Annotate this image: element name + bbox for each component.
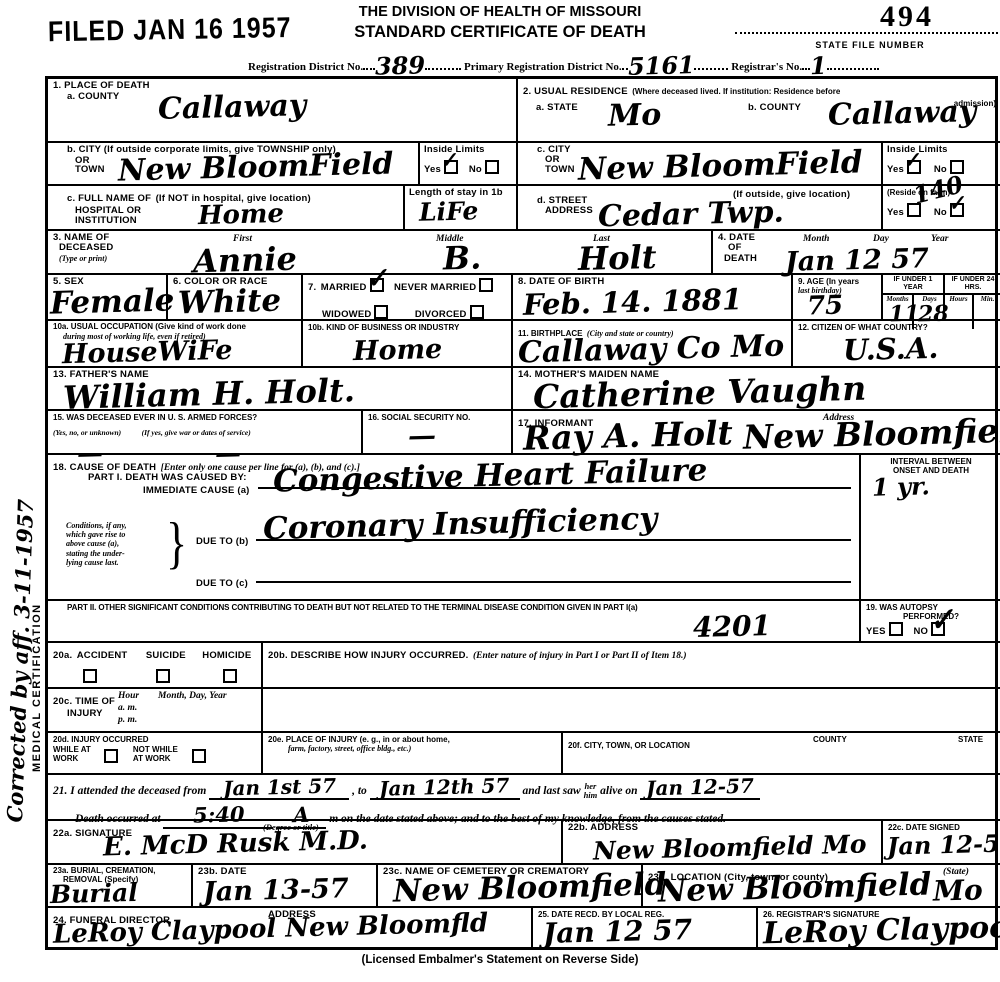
no-label: No	[469, 164, 482, 175]
field-burial-type: 23a. BURIAL, CREMATION, REMOVAL (Specify…	[48, 865, 193, 908]
armed-forces-label: 15. WAS DECEASED EVER IN U. S. ARMED FOR…	[53, 413, 356, 422]
under-24-hrs-label: IF UNDER 24 HRS.	[945, 275, 1000, 295]
inside-limits-box: Inside Limits Yes✓ No	[418, 143, 518, 184]
date-of-death-value: Jan 12 57	[785, 245, 930, 276]
married-label: MARRIED	[321, 282, 367, 293]
injury-state-label: STATE	[958, 735, 983, 744]
armed-forces-paren1: (Yes, no, or unknown)	[53, 428, 121, 437]
field-part2-conditions: PART II. OTHER SIGNIFICANT CONDITIONS CO…	[48, 601, 861, 643]
ssn-label: 16. SOCIAL SECURITY NO.	[368, 413, 506, 422]
field-birthplace: 11. BIRTHPLACE (City and state or countr…	[513, 321, 793, 368]
conditions-line2: which gave rise to	[66, 530, 166, 539]
usual-residence-subtitle: (Where deceased lived. If institution: R…	[632, 87, 840, 96]
due-to-b-label: DUE TO (b)	[196, 537, 249, 548]
year-label: Year	[931, 234, 948, 245]
filed-date-stamp: FILED JAN 16 1957	[48, 12, 292, 50]
first-name-value: Annie	[193, 243, 298, 278]
usual-residence-title: 2. USUAL RESIDENCE	[523, 86, 628, 97]
inside-limits-label: Inside Limits	[424, 145, 514, 156]
business-value: Home	[353, 336, 443, 365]
field-accident-suicide-homicide: 20a. ACCIDENT SUICIDE HOMICIDE	[48, 643, 263, 689]
field-cemetery-name: 23c. NAME OF CEMETERY OR CREMATORY New B…	[378, 865, 643, 908]
physician-address-value: New Bloomfield Mo	[593, 831, 867, 863]
no-checkbox	[485, 160, 499, 174]
embalmer-statement-note: (Licensed Embalmer's Statement on Revers…	[0, 954, 1000, 966]
autopsy-label2: PERFORMED?	[866, 612, 996, 621]
dotted-rule	[363, 68, 375, 70]
while-at-text: WHILE AT	[53, 745, 91, 754]
field-color-or-race: 6. COLOR OR RACE White	[168, 275, 303, 321]
yes-checkbox: ✓	[444, 160, 458, 174]
field-hospital-institution: c. FULL NAME OF (If NOT in hospital, giv…	[48, 186, 518, 231]
cause-a-value: Congestive Heart Failure	[273, 455, 708, 497]
field-sex: 5. SEX Female	[48, 275, 168, 321]
length-of-stay-value: LiFe	[419, 198, 479, 225]
field-informant: 17. INFORMANT Address Ray A. Holt New Bl…	[513, 411, 1000, 455]
dotted-rule	[694, 68, 728, 70]
at-work-text: AT WORK	[133, 754, 171, 763]
field-cause-of-death: 18. CAUSE OF DEATH [Enter only one cause…	[48, 455, 861, 601]
no-label: No	[934, 207, 947, 218]
occupation-value: HouseWiFe	[62, 337, 233, 368]
time-injury-label2: INJURY	[67, 709, 256, 720]
document-title-line2: STANDARD CERTIFICATE OF DEATH	[320, 23, 680, 42]
conditions-line3: above cause (a),	[66, 539, 166, 548]
autopsy-no-checkbox: ✓	[931, 622, 945, 636]
time-injury-label1: 20c. TIME OF	[53, 696, 115, 707]
residence-city-value: New BloomField	[578, 147, 863, 185]
autopsy-yes-label: YES	[866, 626, 886, 637]
hospital-label1: c. FULL NAME OF	[67, 193, 151, 204]
attended-to-line: Jan 12th 57	[370, 777, 520, 800]
conditions-note: Conditions, if any, which gave rise to a…	[66, 521, 166, 567]
field-date-signed: 22c. DATE SIGNED Jan 12-57	[883, 821, 1000, 865]
occupation-label1: 10a. USUAL OCCUPATION (Give kind of work…	[53, 323, 296, 332]
field-date-received: 25. DATE RECD. BY LOCAL REG. Jan 12 57	[533, 908, 758, 950]
registration-district-label: Registration District No.	[248, 61, 363, 73]
cemetery-value: New Bloomfield	[393, 869, 667, 907]
primary-district-label: Primary Registration District No.	[464, 61, 622, 73]
sex-value: Female	[50, 285, 175, 319]
physician-signature-value: E. McD Rusk M.D.	[103, 828, 368, 861]
place-injury-label2: farm, factory, street, office bldg., etc…	[288, 744, 556, 753]
registrar-signature-value: LeRoy Claypool	[763, 913, 1000, 950]
age-label1: 9. AGE (In years	[798, 277, 876, 286]
color-race-value: White	[178, 286, 282, 320]
dotted-rule	[802, 68, 810, 70]
field-time-of-injury: 20c. TIME OF Hour Month, Day, Year INJUR…	[48, 689, 263, 733]
field-interval-onset-death: INTERVAL BETWEEN ONSET AND DEATH 1 yr.	[861, 455, 1000, 601]
no-checkbox: ✓	[950, 203, 964, 217]
death-certificate-document: FILED JAN 16 1957 THE DIVISION OF HEALTH…	[0, 0, 1000, 982]
registration-district-value: 389	[375, 53, 426, 78]
dotted-rule	[622, 68, 628, 70]
informant-value: Ray A. Holt	[523, 416, 734, 454]
field-name-of-deceased: 3. NAME OF DECEASED (Type or print) Firs…	[48, 231, 713, 275]
inside-limits-label: Inside Limits	[887, 145, 997, 156]
accident-checkbox	[83, 669, 97, 683]
field-physician-signature: 22a. SIGNATURE (Degree or title) E. McD …	[48, 821, 563, 865]
month-label: Month	[803, 234, 829, 245]
last-saw-label: and last saw	[523, 785, 581, 797]
field-marital-status: 7. MARRIED✓ NEVER MARRIED WIDOWED DIVORC…	[303, 275, 513, 321]
yes-label: Yes	[424, 164, 441, 175]
field-place-of-injury: 20e. PLACE OF INJURY (e. g., in or about…	[263, 733, 563, 775]
county-value: Callaway	[158, 91, 307, 125]
registrar-no-label: Registrar's No.	[731, 61, 802, 73]
not-while-text: NOT WHILE	[133, 745, 178, 754]
field-city-or-town: b. CITY (If outside corporate limits, gi…	[48, 143, 518, 186]
state-value: Mo	[608, 100, 662, 131]
conditions-line1: Conditions, if any,	[66, 521, 166, 530]
yes-label: Yes	[887, 207, 904, 218]
field-social-security: 16. SOCIAL SECURITY NO. —	[363, 411, 513, 455]
burial-date-value: Jan 13-57	[203, 875, 349, 906]
field-attendance-statement: 21. I attended the deceased from Jan 1st…	[48, 775, 1000, 821]
widowed-label: WIDOWED	[322, 309, 371, 320]
interval-label1: INTERVAL BETWEEN	[866, 457, 996, 466]
state-file-number-value: 494	[880, 0, 934, 34]
field-if-under-24-hrs: IF UNDER 24 HRS. Hours Min.	[945, 275, 1000, 321]
him-text: him	[584, 790, 598, 800]
field-date-of-birth: 8. DATE OF BIRTH Feb. 14. 1881	[513, 275, 793, 321]
dotted-rule	[425, 68, 461, 70]
state-label: a. STATE	[536, 103, 578, 114]
cemetery-state-value: Mo	[933, 876, 983, 905]
field-usual-occupation: 10a. USUAL OCCUPATION (Give kind of work…	[48, 321, 303, 368]
date-signed-value: Jan 12-57	[887, 831, 1000, 858]
field-registrar-signature: 26. REGISTRAR'S SIGNATURE LeRoy Claypool	[758, 908, 1000, 950]
attended-from-value: Jan 1st 57	[222, 776, 336, 799]
divorced-label: DIVORCED	[415, 309, 467, 320]
while-at-work-checkbox	[104, 749, 118, 763]
conditions-line5: lying cause last.	[66, 558, 166, 567]
place-injury-label1: 20e. PLACE OF INJURY (e. g., in or about…	[268, 735, 556, 744]
alive-on-value: Jan 12-57	[646, 776, 754, 799]
attended-to-label: , to	[352, 785, 367, 797]
ssn-value: —	[408, 422, 437, 451]
city-value: New BloomField	[118, 149, 394, 186]
am-label: a. m.	[118, 703, 137, 714]
autopsy-no-label: NO	[913, 626, 928, 637]
due-to-c-label: DUE TO (c)	[196, 579, 248, 590]
document-title-line1: THE DIVISION OF HEALTH OF MISSOURI	[320, 4, 680, 20]
field-armed-forces: 15. WAS DECEASED EVER IN U. S. ARMED FOR…	[48, 411, 363, 455]
part1-label: PART I. DEATH WAS CAUSED BY:	[88, 473, 247, 484]
hour-label: Hour	[118, 691, 139, 702]
mothers-name-value: Catherine Vaughn	[533, 372, 867, 414]
cemetery-location-value: New Bloomfield	[658, 869, 932, 907]
her-him-label: herhim	[584, 782, 598, 800]
yes-checkbox: ✓	[907, 160, 921, 174]
field-if-under-1-year: IF UNDER 1 YEAR Months 11 Days 28	[883, 275, 945, 321]
conditions-brace: }	[166, 511, 187, 577]
work-text: WORK	[53, 754, 78, 763]
certificate-form: 1. PLACE OF DEATH a. COUNTY Callaway 2. …	[45, 76, 998, 950]
citizen-label: 12. CITIZEN OF WHAT COUNTRY?	[798, 323, 996, 332]
field-injury-location: 20f. CITY, TOWN, OR LOCATION COUNTY STAT…	[563, 733, 1000, 775]
field-citizen-country: 12. CITIZEN OF WHAT COUNTRY? U.S.A.	[793, 321, 1000, 368]
field-funeral-director: 24. FUNERAL DIRECTOR ADDRESS LeRoy Clayp…	[48, 908, 533, 950]
autopsy-label1: 19. WAS AUTOPSY	[866, 603, 996, 612]
field-burial-date: 23b. DATE Jan 13-57	[193, 865, 378, 908]
pm-label: p. m.	[118, 715, 137, 726]
divorced-checkbox	[470, 305, 484, 319]
informant-address-value: New Bloomfield	[743, 413, 1000, 454]
month-day-year-label: Month, Day, Year	[158, 691, 227, 702]
cause-c-line	[256, 581, 851, 583]
primary-district-value: 5161	[627, 53, 694, 79]
homicide-checkbox	[223, 669, 237, 683]
field-age: 9. AGE (In years last birthday) 75	[793, 275, 883, 321]
field-autopsy: 19. WAS AUTOPSY PERFORMED? YES NO✓	[861, 601, 1000, 643]
suicide-checkbox	[156, 669, 170, 683]
dotted-rule	[735, 32, 998, 34]
field-cemetery-location: 23d. LOCATION (City, town, or county) (S…	[643, 865, 1000, 908]
suicide-label: SUICIDE	[146, 650, 186, 661]
medical-certification-vertical-label: MEDICAL CERTIFICATION	[31, 603, 43, 772]
field-place-of-death-county: 1. PLACE OF DEATH a. COUNTY Callaway	[48, 79, 518, 143]
field-physician-address: 22b. ADDRESS New Bloomfield Mo	[563, 821, 883, 865]
length-of-stay-box: Length of stay in 1b LiFe	[403, 186, 518, 229]
state-file-number-label: STATE FILE NUMBER	[760, 40, 980, 50]
widowed-checkbox	[374, 305, 388, 319]
birthplace-value: Callaway Co Mo	[518, 332, 785, 369]
street-value: Cedar Twp.	[598, 198, 785, 233]
field-date-of-death: 4. DATE OF DEATH Month Day Year Jan 12 5…	[713, 231, 1000, 275]
injury-county-label: COUNTY	[813, 735, 847, 744]
fathers-name-value: William H. Holt.	[63, 374, 356, 414]
middle-name-value: B.	[443, 242, 482, 275]
hospital-value: Home	[198, 201, 285, 229]
burial-value: Burial	[50, 880, 138, 907]
never-married-label: NEVER MARRIED	[394, 282, 476, 293]
reside-on-farm-box: (Reside on farm) Yes No✓ 140	[881, 186, 1000, 229]
accident-label: ACCIDENT	[77, 650, 128, 661]
while-at-work-label: WHILE ATWORK	[53, 746, 97, 764]
autopsy-yes-checkbox	[889, 622, 903, 636]
alive-on-line: Jan 12-57	[640, 777, 760, 800]
attended-from-line: Jan 1st 57	[209, 777, 349, 800]
armed-forces-paren2: (If yes, give war or dates of service)	[142, 428, 251, 437]
alive-on-label: alive on	[600, 785, 637, 797]
describe-injury-label: 20b. DESCRIBE HOW INJURY OCCURRED.	[268, 650, 469, 661]
last-name-value: Holt	[578, 241, 657, 275]
married-checkbox: ✓	[370, 278, 384, 292]
attended-to-value: Jan 12th 57	[379, 775, 510, 798]
never-married-checkbox	[479, 278, 493, 292]
interval-value: 1 yr.	[872, 475, 930, 501]
registration-line: Registration District No.389 Primary Reg…	[248, 54, 879, 78]
empty-injury-cell	[263, 689, 1000, 733]
conditions-line4: stating the under-	[66, 549, 166, 558]
injury-city-label: 20f. CITY, TOWN, OR LOCATION	[568, 741, 690, 750]
min-label: Min.	[974, 295, 1000, 303]
part2-value: 4201	[693, 612, 772, 642]
attended-pre: 21. I attended the deceased from	[53, 785, 206, 797]
immediate-cause-label: IMMEDIATE CAUSE (a)	[143, 486, 250, 497]
describe-injury-paren: (Enter nature of injury in Part I or Par…	[473, 651, 687, 661]
injury-occurred-label: 20d. INJURY OCCURRED	[53, 735, 256, 744]
age-value: 75	[807, 293, 844, 320]
field-business-industry: 10b. KIND OF BUSINESS OR INDUSTRY Home	[303, 321, 513, 368]
field-fathers-name: 13. FATHER'S NAME William H. Holt.	[48, 368, 513, 411]
yes-label: Yes	[887, 164, 904, 175]
dotted-rule	[827, 68, 879, 70]
not-while-at-work-checkbox	[192, 749, 206, 763]
homicide-label: HOMICIDE	[202, 650, 251, 661]
residence-county-value: Callaway	[828, 97, 977, 131]
s20a-num: 20a.	[53, 650, 72, 661]
not-while-at-work-label: NOT WHILEAT WORK	[133, 746, 185, 764]
field-street-address: d. STREET ADDRESS (If outside, give loca…	[518, 186, 1000, 231]
date-of-birth-value: Feb. 14. 1881	[523, 285, 743, 320]
field-describe-injury: 20b. DESCRIBE HOW INJURY OCCURRED. (Ente…	[263, 643, 1000, 689]
field-injury-occurred: 20d. INJURY OCCURRED WHILE ATWORK NOT WH…	[48, 733, 263, 775]
under-1-year-label: IF UNDER 1 YEAR	[883, 275, 943, 295]
field-mothers-maiden-name: 14. MOTHER'S MAIDEN NAME Catherine Vaugh…	[513, 368, 1000, 411]
citizen-value: U.S.A.	[843, 334, 939, 365]
registrar-no-value: 1	[810, 54, 827, 78]
date-of-death-label1: 4. DATE	[718, 233, 996, 243]
residence-county-label: b. COUNTY	[748, 103, 801, 114]
field-usual-residence: 2. USUAL RESIDENCE (Where deceased lived…	[518, 79, 1000, 143]
business-label: 10b. KIND OF BUSINESS OR INDUSTRY	[308, 323, 506, 332]
hours-label: Hours	[945, 295, 972, 303]
marital-num: 7.	[308, 282, 316, 293]
date-received-value: Jan 12 57	[543, 916, 693, 948]
